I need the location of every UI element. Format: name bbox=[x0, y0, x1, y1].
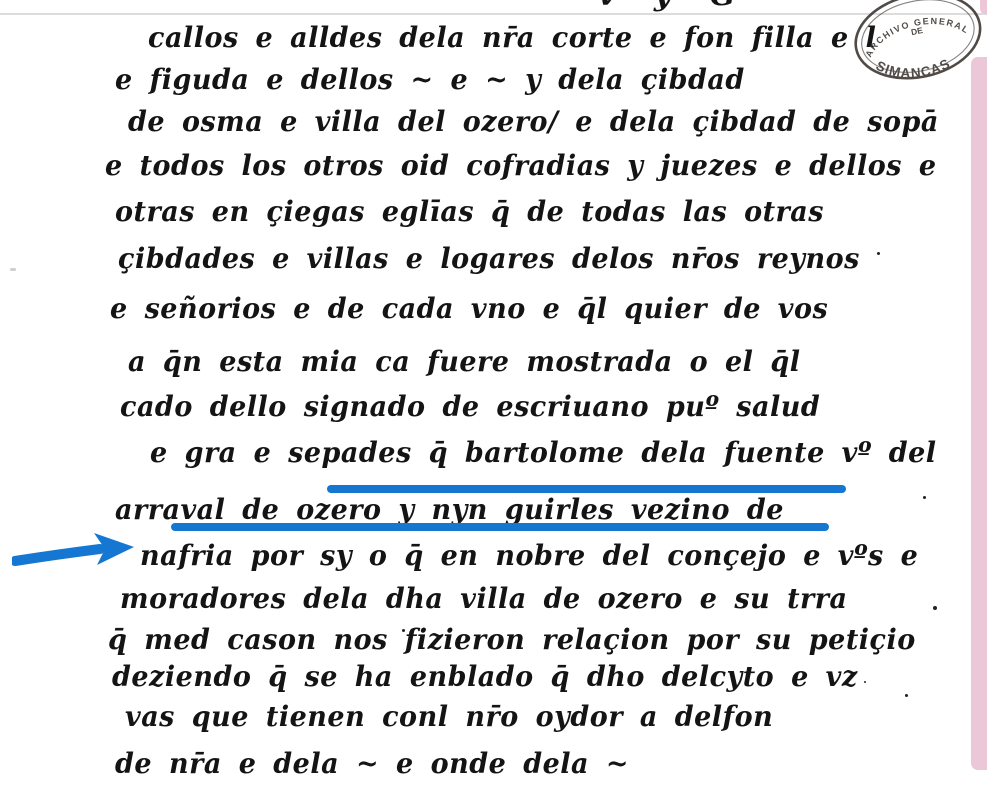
archive-stamp: ARCHIVO GENERAL DE SIMANCAS bbox=[834, 0, 987, 103]
svg-text:SIMANCAS: SIMANCAS bbox=[871, 44, 954, 90]
manuscript-line: de osma e villa del ozero/ e dela çibdad… bbox=[128, 106, 939, 138]
ink-speck bbox=[923, 496, 926, 499]
manuscript-line: çibdades e villas e logares delos nr̄os … bbox=[118, 243, 860, 275]
manuscript-line: e todos los otros oid cofradias y juezes… bbox=[105, 150, 937, 182]
manuscript-line: q̄ med cason nos fizieron relaçion por s… bbox=[108, 624, 916, 656]
manuscript-line: otras en çiegas eglīas q̄ de todas las o… bbox=[115, 196, 824, 228]
manuscript-line: a q̄n esta mia ca fuere mostrada o el q̄… bbox=[128, 346, 800, 378]
page-edge-strip bbox=[971, 57, 987, 770]
scanned-manuscript-page: v y G callos e alldes dela nr̄a corte e … bbox=[0, 0, 987, 794]
scan-smudge bbox=[10, 268, 16, 271]
annotation-arrow-icon bbox=[12, 527, 137, 571]
manuscript-line: vas que tienen conl nr̄o oydor a delfon bbox=[125, 701, 773, 733]
annotation-underline-2 bbox=[171, 523, 829, 531]
ink-speck bbox=[402, 629, 405, 632]
manuscript-line: e figuda e dellos ~ e ~ y dela çibdad bbox=[115, 64, 745, 96]
annotation-underline-1 bbox=[327, 485, 846, 493]
manuscript-line: callos e alldes dela nr̄a corte e fon fi… bbox=[148, 22, 876, 54]
manuscript-line-fragment: v y G bbox=[598, 0, 749, 13]
manuscript-line: e señorios e de cada vno e q̄l quier de … bbox=[110, 293, 828, 325]
manuscript-line: arraval de ozero y nyn guirles vezino de bbox=[115, 494, 784, 526]
ink-speck bbox=[933, 606, 937, 610]
manuscript-line: deziendo q̄ se ha enblado q̄ dho delcyto… bbox=[112, 661, 858, 693]
ink-speck bbox=[864, 681, 866, 683]
manuscript-line: moradores dela dha villa de ozero e su t… bbox=[120, 583, 848, 615]
stamp-middle-text: DE bbox=[910, 25, 924, 37]
ink-speck bbox=[877, 252, 880, 255]
manuscript-line: cado dello signado de escriuano puº salu… bbox=[120, 391, 820, 423]
manuscript-line: de nr̄a e dela ~ e onde dela ~ bbox=[115, 748, 629, 780]
stamp-bottom-text: SIMANCAS bbox=[871, 44, 954, 90]
ink-speck bbox=[905, 694, 908, 697]
manuscript-line: nafria por sy o q̄ en nobre del conçejo … bbox=[140, 540, 918, 572]
manuscript-line: e gra e sepades q̄ bartolome dela fuente… bbox=[150, 437, 937, 469]
